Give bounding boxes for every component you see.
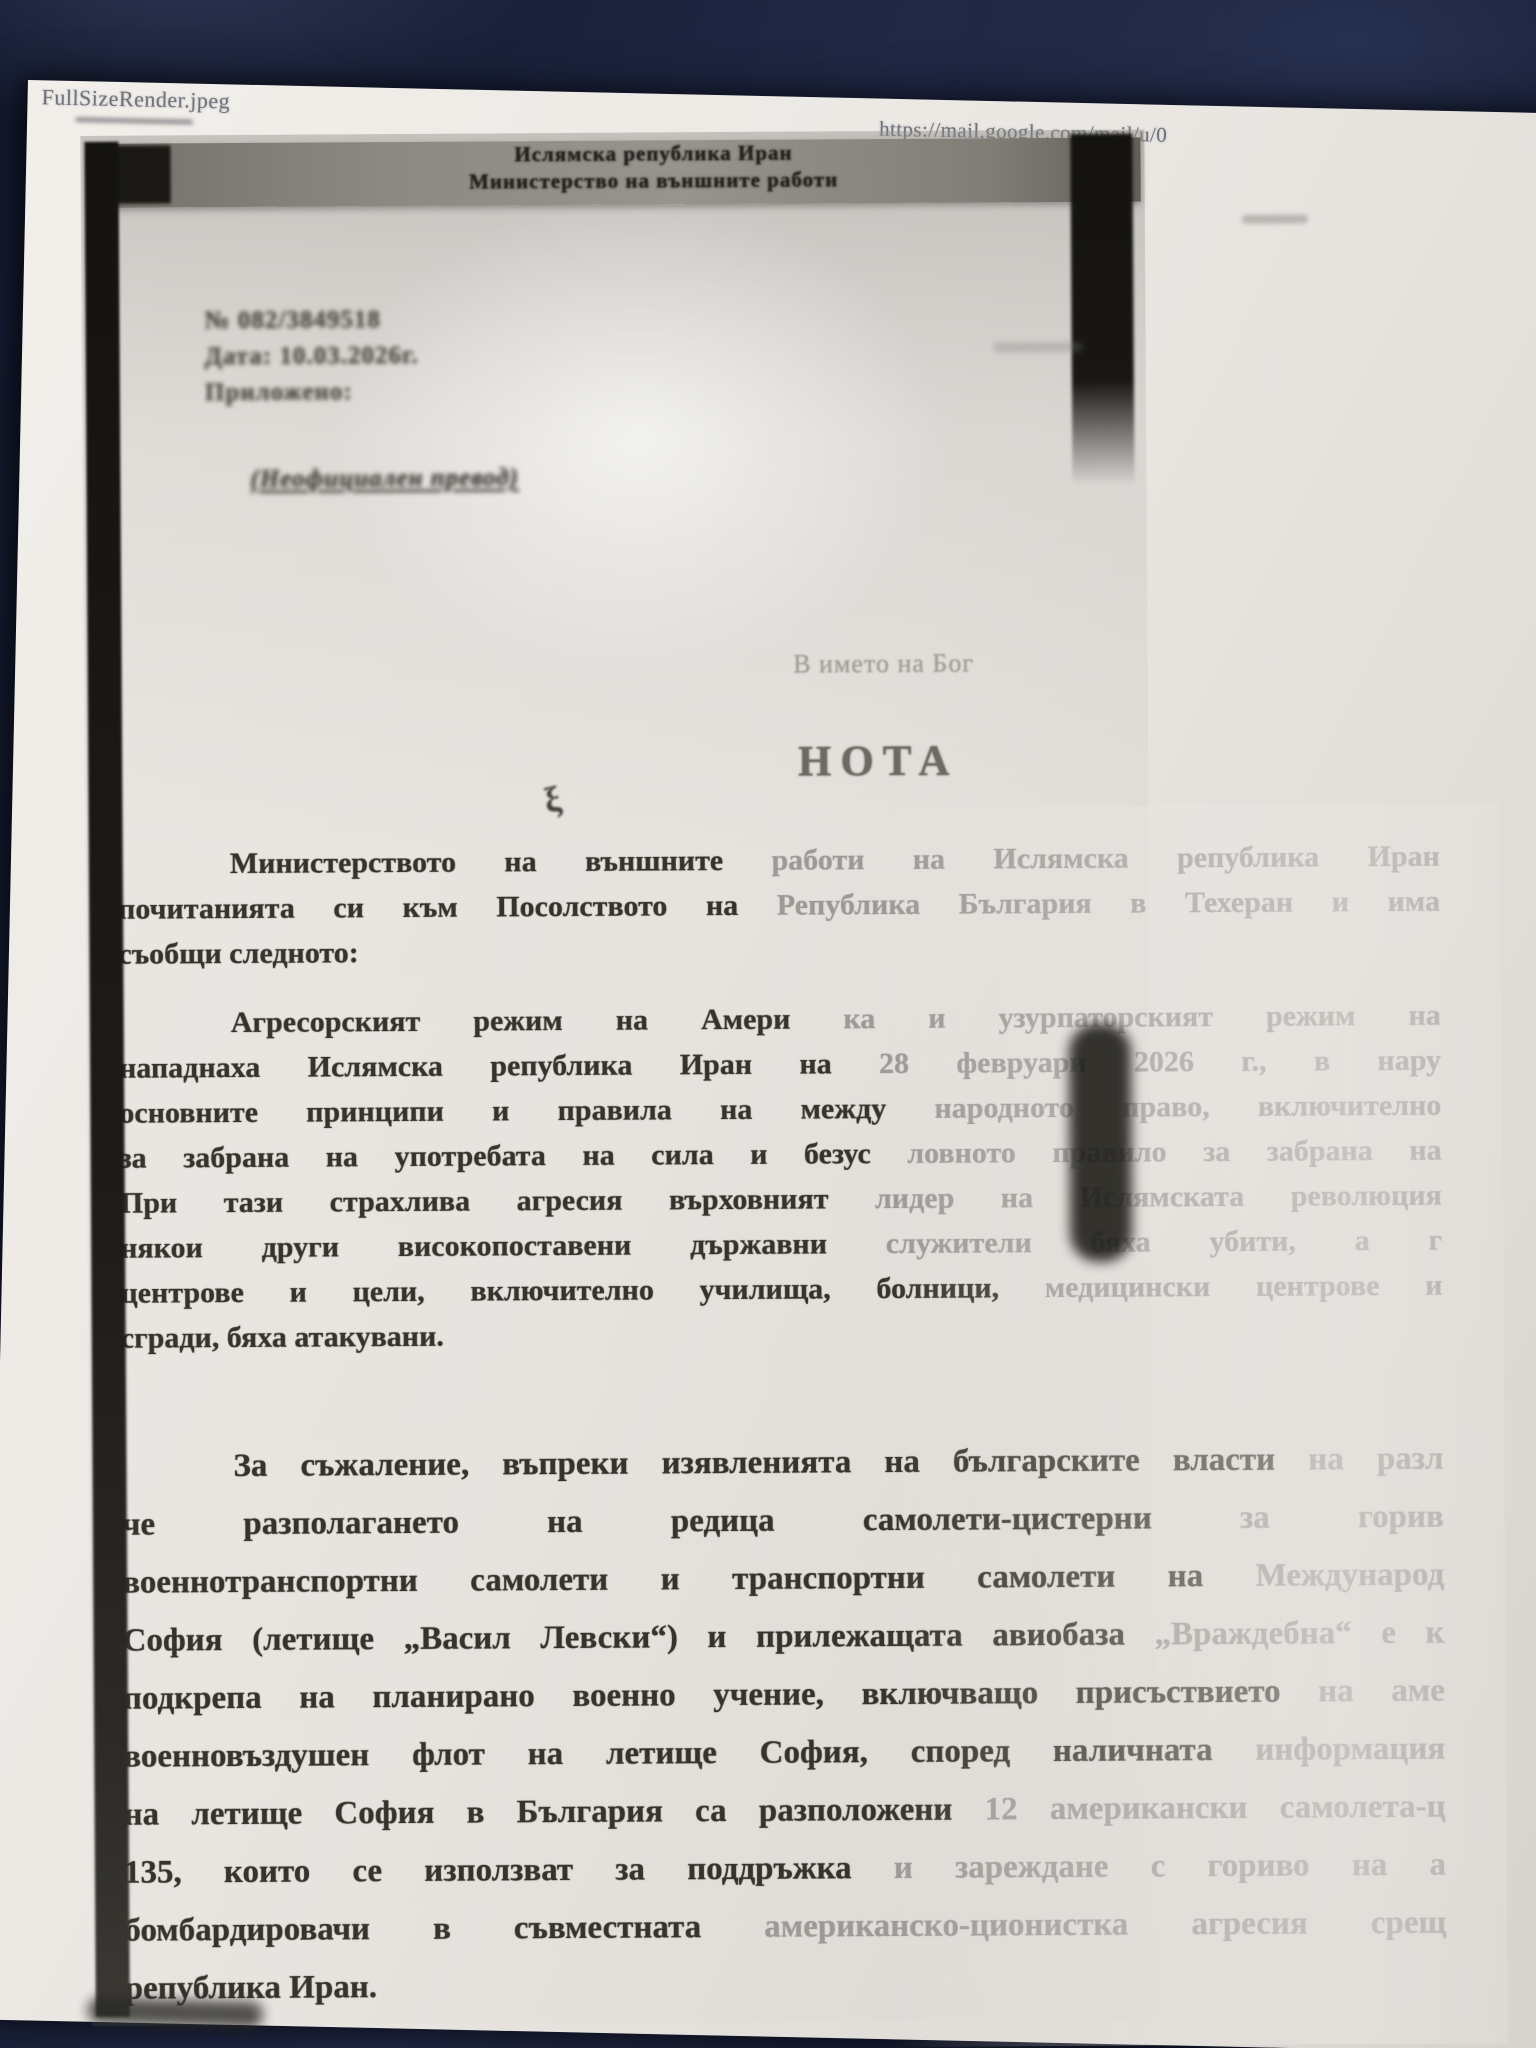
doc-line-faded-text: и зареждане с гориво на а — [894, 1847, 1446, 1886]
faint-smudge — [1242, 214, 1308, 223]
doc-line-faded-text: 12 американски самолета-ц — [984, 1789, 1445, 1828]
doc-line-dark-text: основните принципи и правила на между — [119, 1092, 886, 1130]
doc-line: сгради, бяха атакувани. — [121, 1308, 1443, 1361]
doc-line-faded-text: на разл — [1308, 1441, 1443, 1478]
scanned-document: Ислямска република Иран Министерство на … — [26, 73, 1536, 2023]
letterhead-band: Ислямска република Иран Министерство на … — [108, 137, 1140, 207]
doc-line-dark-text: Министерството на външните — [230, 844, 724, 880]
doc-line-dark-text: нападнаха Ислямска република Иран на — [119, 1047, 832, 1084]
doc-line-faded-text: лидер на Ислямската революция — [875, 1179, 1442, 1215]
invocation-line: В името на Бог — [749, 648, 1019, 680]
doc-line-dark-text: 135, които се използват за поддръжка — [124, 1850, 852, 1890]
letterhead-line-2: Министерство на външните работи — [167, 164, 1141, 197]
paper: FullSizeRender.jpeg https://mail.google.… — [0, 80, 1536, 2048]
doc-line-dark-text: за забрана на употребата на сила и безус — [120, 1137, 871, 1175]
doc-line: военнотранспортни самолети и транспортни… — [122, 1546, 1444, 1612]
doc-line-dark-text: на летище София в България са разположен… — [124, 1792, 953, 1833]
flash-glare — [327, 197, 950, 681]
doc-line: 135, които се използват за поддръжка и з… — [124, 1836, 1446, 1902]
doc-line-faded-text: 28 февруари 2026 г., в нару — [879, 1044, 1441, 1080]
doc-line: нападнаха Ислямска република Иран на 28 … — [119, 1038, 1441, 1091]
document-body: Министерството на външните работи на Исл… — [118, 834, 1447, 2018]
doc-line-faded-text: на аме — [1318, 1673, 1445, 1710]
doc-paragraph: Агресорският режим на Амери ка и узурпат… — [119, 993, 1443, 1361]
doc-line: някои други високопоставени държавни слу… — [120, 1218, 1442, 1271]
bottom-smudge — [87, 1997, 263, 2028]
photo-background: FullSizeRender.jpeg https://mail.google.… — [0, 0, 1536, 2048]
doc-line-faded-text: ловното правило за забрана на — [907, 1134, 1442, 1170]
doc-line-faded-text: ка и узурпаторският режим на — [843, 999, 1441, 1036]
reference-number: № 082/3849518 — [204, 302, 418, 339]
doc-line-dark-text: почитанията си към Посолството на — [118, 889, 738, 926]
doc-line: Министерството на външните работи на Исл… — [118, 834, 1440, 887]
doc-line-faded-text: американско-ционистка агресия срещ — [764, 1905, 1446, 1945]
doc-line: на летище София в България са разположен… — [123, 1778, 1445, 1844]
doc-line: почитанията си към Посолството на Републ… — [118, 879, 1440, 932]
doc-line-dark-text: че разполагането на редица самолети-цист… — [122, 1500, 1152, 1542]
doc-line: София (летище „Васил Левски“) и прилежащ… — [122, 1604, 1444, 1670]
doc-line-dark-text: При тази страхлива агресия върховният — [120, 1182, 829, 1219]
doc-line-dark-text: центрове и цели, включително училища, бо… — [120, 1271, 999, 1309]
faint-smudge — [993, 342, 1083, 353]
ink-blot — [1069, 1024, 1132, 1262]
doc-line-dark-text: За съжаление, въпреки изявленията на бъл… — [233, 1442, 1275, 1484]
doc-line-dark-text: някои други високопоставени държавни — [120, 1227, 827, 1264]
scan-corner-black — [110, 145, 170, 203]
doc-line-dark-text: съобщи следното: — [118, 936, 359, 970]
scan-right-border — [1070, 134, 1134, 486]
doc-line-faded-text: народното право, включително — [934, 1089, 1441, 1125]
doc-line: Агресорският режим на Амери ка и узурпат… — [119, 993, 1441, 1046]
doc-line-faded-text: за горив — [1240, 1499, 1444, 1536]
doc-line-dark-text: подкрепа на планирано военно учение, вкл… — [123, 1674, 1281, 1717]
doc-line: подкрепа на планирано военно учение, вкл… — [123, 1662, 1445, 1728]
doc-line: военновъздушен флот на летище София, спо… — [123, 1720, 1445, 1786]
doc-line-dark-text: София (летище „Васил Левски“) и прилежащ… — [122, 1617, 1125, 1659]
doc-line-faded-text: служители бяха убити, а г — [886, 1224, 1443, 1260]
doc-line-faded-text: Република България в Техеран и има — [777, 885, 1440, 922]
doc-line: основните принципи и правила на между на… — [119, 1083, 1441, 1136]
doc-line-dark-text: военнотранспортни самолети и транспортни… — [122, 1558, 1203, 1601]
doc-line: република Иран. — [124, 1952, 1446, 2018]
doc-paragraph: За съжаление, въпреки изявленията на бъл… — [121, 1430, 1447, 2018]
doc-paragraph: Министерството на външните работи на Исл… — [118, 834, 1441, 977]
doc-line-dark-text: сгради, бяха атакувани. — [121, 1320, 444, 1355]
reference-enclosure: Приложено: — [205, 374, 419, 411]
doc-line-faded-text: информация — [1255, 1731, 1445, 1768]
doc-line: че разполагането на редица самолети-цист… — [122, 1488, 1444, 1554]
doc-line: за забрана на употребата на сила и безус… — [119, 1128, 1441, 1181]
doc-line-faded-text: Международ — [1255, 1557, 1444, 1594]
reference-block: № 082/3849518 Дата: 10.03.2026г. Приложе… — [204, 302, 419, 411]
note-title: НОТА — [743, 736, 1013, 787]
doc-line: За съжаление, въпреки изявленията на бъл… — [121, 1430, 1443, 1496]
doc-line: бомбардировачи в съвместната американско… — [124, 1894, 1446, 1960]
doc-line: центрове и цели, включително училища, бо… — [120, 1263, 1442, 1316]
reference-date: Дата: 10.03.2026г. — [205, 338, 419, 375]
doc-line: При тази страхлива агресия върховният ли… — [120, 1173, 1442, 1226]
doc-line-faded-text: работи на Ислямска република Иран — [771, 840, 1439, 877]
doc-line-dark-text: Агресорският режим на Амери — [231, 1003, 791, 1039]
doc-line-dark-text: военновъздушен флот на летище София, спо… — [123, 1732, 1213, 1775]
doc-line: съобщи следното: — [118, 924, 1440, 977]
doc-line-faded-text: медицински центрове и — [1045, 1269, 1443, 1304]
doc-line-faded-text: „Враждебна“ е к — [1154, 1615, 1444, 1653]
translation-note: (Неофициален превод) — [250, 464, 519, 494]
doc-line-dark-text: бомбардировачи в съвместната — [124, 1909, 701, 1949]
